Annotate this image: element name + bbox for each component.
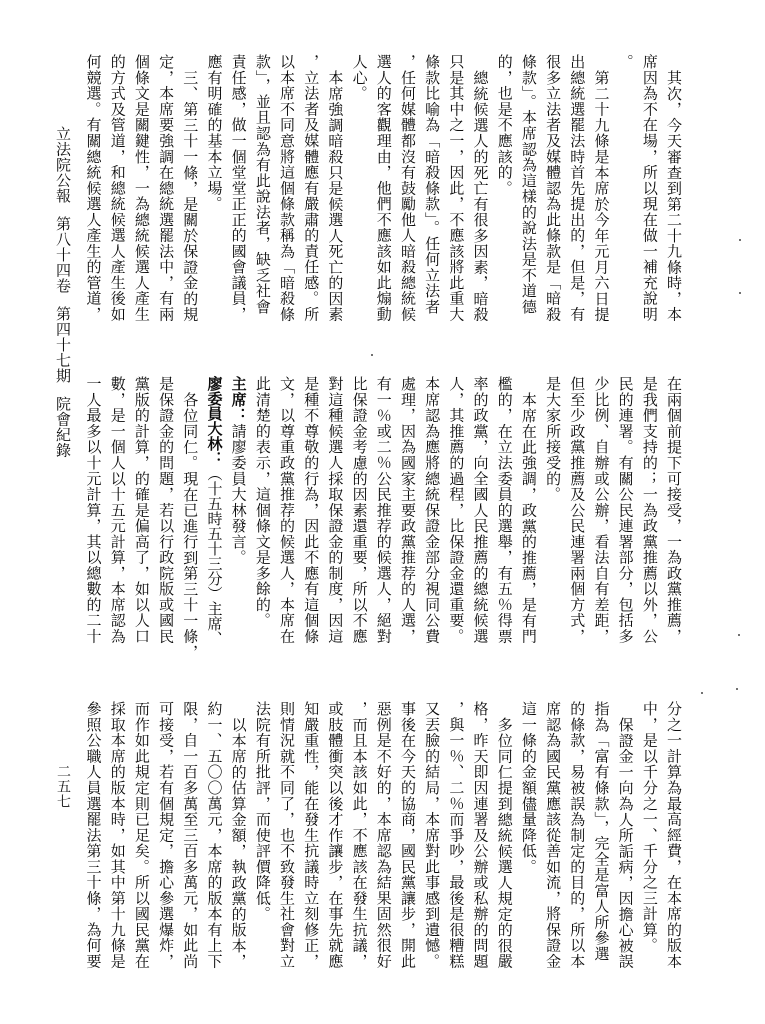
text-column: 多位同仁提到總統候選人規定的很嚴 bbox=[493, 701, 517, 987]
text-column: 人，其推薦的過程，比保證金還重要。 bbox=[444, 376, 468, 646]
text-column: 但至少政黨推薦及公民連署兩個方式， bbox=[565, 376, 589, 646]
text-column: 是大家所接受的。 bbox=[541, 376, 565, 646]
text-column: 而作如此規定則已足矣。所以國民黨在 bbox=[130, 701, 154, 971]
text-column: 只是其中之一，因此，不應該將此重大 bbox=[444, 54, 468, 324]
text-column: 在兩個前提下可接受，一為政黨推薦， bbox=[662, 376, 686, 646]
text-column: 席因為不在場，所以現在做一補充說明 bbox=[638, 54, 662, 324]
scan-speck bbox=[371, 354, 373, 356]
scan-speck bbox=[739, 292, 741, 294]
text-column: 率的政黨，向全國人民推薦的總統候選 bbox=[468, 376, 492, 646]
text-column: 限，自一百多萬至三百多萬元，如此尚 bbox=[178, 701, 202, 971]
text-column: 可接受，若有個規定，擔心參選爆炸， bbox=[154, 701, 178, 971]
text-column: 又丟臉的結局，本席對此事感到遺憾。 bbox=[420, 701, 444, 971]
text-column: 參照公職人員選罷法第三十條，為何要 bbox=[81, 701, 105, 971]
text-column: 以本席的估算金額，執政黨的版本， bbox=[226, 701, 250, 987]
text-column: 採取本席的版本時，如其中第十九條是 bbox=[106, 701, 130, 971]
text-column: 此清楚的表示，這個條文是多餘的。 bbox=[251, 376, 275, 646]
text-column: 應有明確的基本立場。 bbox=[202, 54, 226, 324]
running-header: 立法院公報第八十四卷第四十七期院會紀錄 bbox=[51, 126, 75, 458]
scan-speck bbox=[736, 688, 738, 690]
text-column: 本席在此強調，政黨的推薦，是有門 bbox=[517, 376, 541, 662]
text-column: 分之一計算為最高經費，在本席的版本 bbox=[662, 701, 686, 971]
text-column: 有一％或二％公民推荐的候選人，絕對 bbox=[372, 376, 396, 646]
text-column: 一人最多以十元計算，其以總數的二十 bbox=[81, 376, 105, 646]
speaker-line-legislator: 廖委員大林：（十五時五十三分）主席、 bbox=[202, 376, 226, 646]
scan-speck bbox=[738, 634, 740, 636]
issue-label: 第四十七期 bbox=[54, 306, 72, 383]
text-band-middle: 在兩個前提下可接受，一為政黨推薦， 是我們支持的；一為政黨推薦以外，公 民的連署… bbox=[81, 376, 686, 656]
text-column: ，任何媒體都沒有鼓勵他人暗殺總統候 bbox=[396, 54, 420, 324]
text-band-lower: 分之一計算為最高經費，在本席的版本 中，是以千分之一、千分之三計算。 保證金一向… bbox=[81, 701, 686, 981]
text-band-upper: 其次，今天審查到第二十九條時，本 席因為不在場，所以現在做一補充說明 。 第二十… bbox=[81, 54, 686, 334]
text-column: 個條文是關鍵性，一為總統候選人產生 bbox=[130, 54, 154, 324]
text-column: 出總統選罷法時首先提出的，但是，有 bbox=[565, 54, 589, 324]
text-column: 對這種候選人採取保證金的制度，因這 bbox=[323, 376, 347, 646]
text-column: 本席認為應將總統保證金部分視同公費 bbox=[420, 376, 444, 646]
text-column: 黨版的計算，的確是偏高了，如以人口 bbox=[130, 376, 154, 646]
text-column: 法院有所批評，而使評價降低。 bbox=[251, 701, 275, 971]
text-column: 惡例是不好的，本席認為結果固然很好 bbox=[372, 701, 396, 971]
text-column: 條款」。本席認為這樣的說法是不道德 bbox=[517, 54, 541, 324]
text-column: 席認為國民黨應該從善如流，將保證金 bbox=[541, 701, 565, 971]
text-column: ，立法者及媒體應有嚴肅的責任感。所 bbox=[299, 54, 323, 324]
text-column: 處理，因為國家主要政黨推荐的人選， bbox=[396, 376, 420, 646]
text-column: 定，本席要強調在總統選罷法中，有兩 bbox=[154, 54, 178, 324]
text-column: 文，以尊重政黨推荐的候選人，本席在 bbox=[275, 376, 299, 646]
text-column: 第二十九條是本席於今年元月六日提 bbox=[589, 54, 613, 340]
text-column: 以本席不同意將這個條款稱為「暗殺條 bbox=[275, 54, 299, 324]
text-column: ，與一％、二％而爭吵，最後是很糟糕 bbox=[444, 701, 468, 971]
text-column: 本席強調暗殺只是候選人死亡的因素 bbox=[323, 54, 347, 340]
text-column: 人心。 bbox=[347, 54, 371, 324]
text-column: 其次，今天審查到第二十九條時，本 bbox=[662, 54, 686, 340]
text-column: 是種不尊敬的行為，因此不應有這個條 bbox=[299, 376, 323, 646]
text-column: 是我們支持的；一為政黨推薦以外，公 bbox=[638, 376, 662, 646]
text-column: 選人的客觀理由，他們不應該如此煽動 bbox=[372, 54, 396, 324]
speaker-line-chair: 主席：請廖委員大林發言。 bbox=[226, 376, 250, 646]
page-number: 二五七 bbox=[51, 764, 75, 809]
text-column: 指為「富有條款」，完全是富人所參選 bbox=[589, 701, 613, 971]
text-column: 是保證金的問題，若以行政院版或國民 bbox=[154, 376, 178, 646]
text-column: 數，是一個人以十五元計算，本席認為 bbox=[106, 376, 130, 646]
text-column: 保證金一向為人所詬病，因擔心被誤 bbox=[613, 701, 637, 987]
text-column: 。 bbox=[613, 54, 637, 324]
text-column: 責任感，做一個堂堂正正的國會議員， bbox=[226, 54, 250, 324]
text-column: 約一、五〇〇萬元，本席的版本有上下 bbox=[202, 701, 226, 971]
text-column: 條款比喻為「暗殺條款」。任何立法者 bbox=[420, 54, 444, 324]
text-column: 少比例、自辦或公辦，看法自有差距， bbox=[589, 376, 613, 646]
speech-text: （十五時五十三分）主席、 bbox=[205, 466, 223, 646]
text-column: 的條款，易被誤為制定的目的，所以本 bbox=[565, 701, 589, 971]
speech-text: 請廖委員大林發言。 bbox=[230, 423, 248, 565]
text-column: 的，也是不應該的。 bbox=[493, 54, 517, 324]
text-column: 事後在今天的協商，國民黨讓步，開此 bbox=[396, 701, 420, 971]
text-column: 中，是以千分之一、千分之三計算。 bbox=[638, 701, 662, 971]
text-column: 這一條的金額儘量降低。 bbox=[517, 701, 541, 971]
text-column: 三、第三十一條，是關於保證金的規 bbox=[178, 54, 202, 340]
text-column: 很多立法者及媒體認為此條款是「暗殺 bbox=[541, 54, 565, 324]
text-column: ，而且本該如此，不應該在發生抗議， bbox=[347, 701, 371, 971]
speaker-label: 主席： bbox=[230, 376, 248, 423]
text-column: 格，昨天即因連署及公辦或私辦的問題 bbox=[468, 701, 492, 971]
text-column: 檻的，在立法委員的選舉，有五％得票 bbox=[493, 376, 517, 646]
text-column: 的方式及管道，和總統候選人產生後如 bbox=[106, 54, 130, 324]
text-column: 款」，並且認為有此說法者，缺乏社會 bbox=[251, 54, 275, 324]
text-column: 比保證金考慮的因素還重要，所以不應 bbox=[347, 376, 371, 646]
speaker-label: 廖委員大林： bbox=[205, 376, 223, 466]
text-column: 各位同仁。現在已進行到第三十一條， bbox=[178, 376, 202, 662]
gazette-page: 其次，今天審查到第二十九條時，本 席因為不在場，所以現在做一補充說明 。 第二十… bbox=[0, 0, 765, 1024]
volume-label: 第八十四卷 bbox=[54, 216, 72, 293]
text-column: 何競選。有關總統候選人產生的管道， bbox=[81, 54, 105, 324]
text-column: 民的連署。有關公民連署部分，包括多 bbox=[613, 376, 637, 646]
text-column: 知嚴重性，能在發生抗議時立刻修正， bbox=[299, 701, 323, 971]
scan-speck bbox=[701, 692, 703, 694]
text-column: 或肢體衝突以後才作讓步，在事先就應 bbox=[323, 701, 347, 971]
publication-title: 立法院公報 bbox=[54, 126, 72, 203]
scan-speck bbox=[739, 239, 741, 241]
text-column: 則情況就不同了，也不致發生社會對立 bbox=[275, 701, 299, 971]
text-column: 總統候選人的死亡有很多因素，暗殺 bbox=[468, 54, 492, 340]
section-label: 院會紀錄 bbox=[54, 396, 72, 458]
